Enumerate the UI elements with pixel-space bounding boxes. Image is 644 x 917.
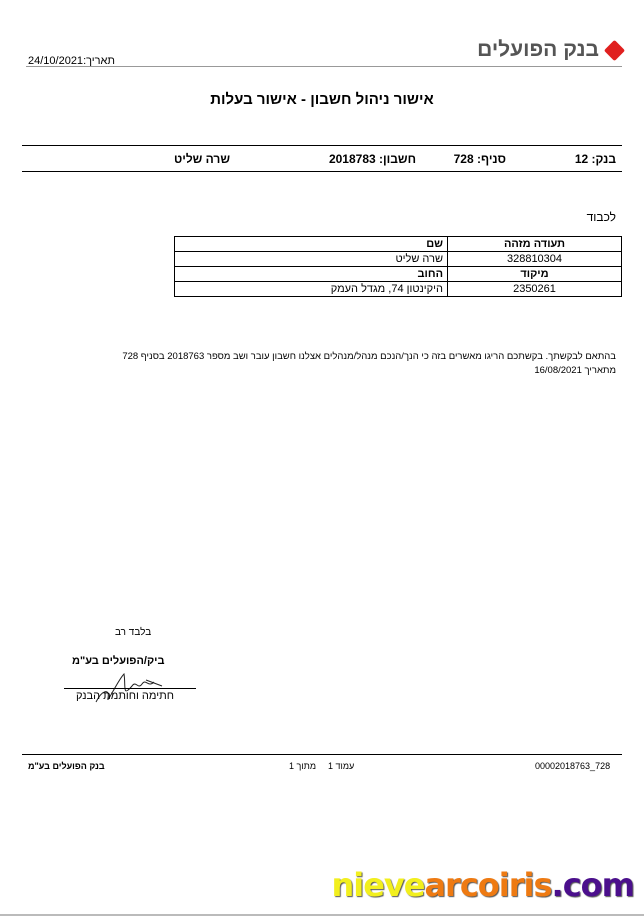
footer-divider (22, 754, 622, 755)
footer-bank-name: בנק הפועלים בע"מ (28, 761, 105, 771)
confirmation-line-1: בהתאם לבקשתך. בקשתכם הריגו מאשרים בזה כי… (116, 350, 616, 364)
signer-name: ביק/הפועלים בע"מ (72, 655, 165, 667)
address-value: היקינטון 74, מגדל העמק (175, 282, 448, 297)
signature-label: חתימה וחותמת הבנק (76, 690, 174, 702)
account-owner: שרה שליט (174, 152, 230, 166)
bank-number: בנק: 12 (575, 152, 616, 166)
page-bottom-border (0, 914, 644, 916)
id-value: 328810304 (448, 252, 622, 267)
bank-logo-name: בנק הפועלים (477, 38, 599, 62)
table-row: 2350261 היקינטון 74, מגדל העמק (175, 282, 622, 297)
watermark: nievearcoiris.com (331, 866, 634, 904)
id-header: תעודה מזהה (448, 237, 622, 252)
header-divider (26, 66, 622, 67)
table-row: מיקוד החוב (175, 267, 622, 282)
watermark-part-1: nieve (331, 866, 424, 904)
footer-of-label: מתוך 1 (289, 761, 316, 771)
account-bar: בנק: 12 סניף: 728 חשבון: 2018783 שרה שלי… (22, 145, 622, 172)
recipient-salutation: לכבוד (587, 210, 616, 224)
watermark-part-3: .com (552, 866, 634, 904)
branch-number: סניף: 728 (454, 152, 506, 166)
name-header: שם (175, 237, 448, 252)
signature-line (64, 688, 196, 689)
owner-info-table: תעודה מזהה שם 328810304 שרה שליט מיקוד ה… (174, 236, 622, 297)
diamond-logo-icon (604, 39, 625, 60)
zip-value: 2350261 (448, 282, 622, 297)
name-value: שרה שליט (175, 252, 448, 267)
regards-text: בלבד רב (115, 627, 151, 638)
bank-logo: בנק הפועלים (477, 38, 622, 62)
watermark-part-2: arcoiris (424, 866, 551, 904)
address-header: החוב (175, 267, 448, 282)
zip-header: מיקוד (448, 267, 622, 282)
footer-document-id: 00002018763_728 (535, 761, 610, 771)
footer-page-label: עמוד 1 (328, 761, 354, 771)
account-number: חשבון: 2018783 (329, 152, 416, 166)
confirmation-text: בהתאם לבקשתך. בקשתכם הריגו מאשרים בזה כי… (116, 350, 616, 378)
confirmation-line-2: מתאריך 16/08/2021 (116, 364, 616, 378)
document-title: אישור ניהול חשבון - אישור בעלות (0, 91, 644, 108)
table-row: תעודה מזהה שם (175, 237, 622, 252)
table-row: 328810304 שרה שליט (175, 252, 622, 267)
